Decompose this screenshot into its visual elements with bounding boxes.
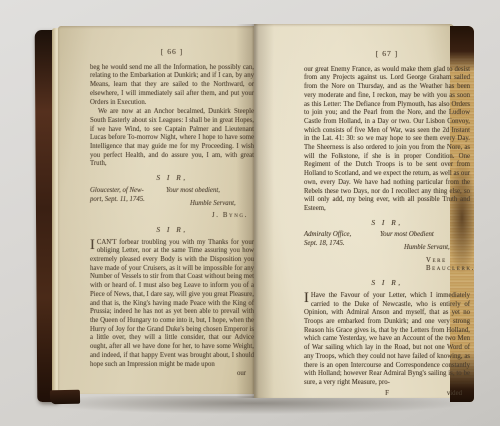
closing-line: Humble Servant,: [404, 244, 475, 253]
letter-dateline: Admiralty Office, Sept. 18, 1745.: [304, 231, 364, 274]
letter-closing: Your most obedient, Humble Servant, J. B…: [150, 187, 254, 221]
signature: Vere Beauclerk.: [426, 257, 475, 274]
paragraph: We are now at an Anchor becalmed, Dunkir…: [90, 108, 254, 169]
signature: J. Byng.: [212, 212, 254, 221]
closing-line: Humble Servant,: [190, 200, 254, 209]
book-shadow: [42, 396, 466, 414]
letter-text: CAN'T forbear troubling you with my Than…: [90, 239, 254, 368]
salutation: S I R,: [304, 279, 470, 288]
gathering-signature-mark: F: [385, 390, 389, 397]
closing-line: Your most obedient,: [166, 187, 254, 196]
catchword: our: [90, 370, 254, 379]
page-number-left: [ 66 ]: [90, 48, 254, 57]
left-page-text-block: [ 66 ] beg he would send me all the Info…: [90, 48, 254, 379]
letter-dateline: Gloucester, of New-port, Sept. 11, 1745.: [90, 187, 150, 221]
letter-closing: Your most Obedient Humble Servant, Vere …: [364, 231, 475, 274]
letter-dateline-block: Admiralty Office, Sept. 18, 1745. Your m…: [304, 231, 470, 274]
letter-body: IHave the Favour of your Letter, which I…: [304, 292, 470, 388]
catchword: vided: [447, 390, 462, 399]
closing-line: Your most Obedient: [380, 231, 475, 240]
letter-text: Have the Favour of your Letter, which I …: [304, 292, 470, 386]
salutation: S I R,: [304, 219, 470, 228]
drop-cap: I: [304, 292, 309, 304]
salutation: S I R,: [90, 174, 254, 183]
letter-dateline-block: Gloucester, of New-port, Sept. 11, 1745.…: [90, 187, 254, 221]
paragraph: our great Enemy France, as would make th…: [304, 66, 470, 214]
signature-mark-row: F vided: [304, 390, 470, 399]
open-book: [ 66 ] beg he would send me all the Info…: [36, 24, 476, 406]
cover-corner-bottom-left: [50, 390, 80, 405]
photo-background: [ 66 ] beg he would send me all the Info…: [0, 0, 500, 426]
letter-body: ICAN'T forbear troubling you with my Tha…: [90, 239, 254, 370]
paragraph: beg he would send me all the Information…: [90, 64, 254, 108]
drop-cap: I: [90, 239, 95, 251]
right-page-text-block: [ 67 ] our great Enemy France, as would …: [304, 50, 470, 398]
page-number-right: [ 67 ]: [304, 50, 470, 59]
salutation: S I R,: [90, 226, 254, 235]
